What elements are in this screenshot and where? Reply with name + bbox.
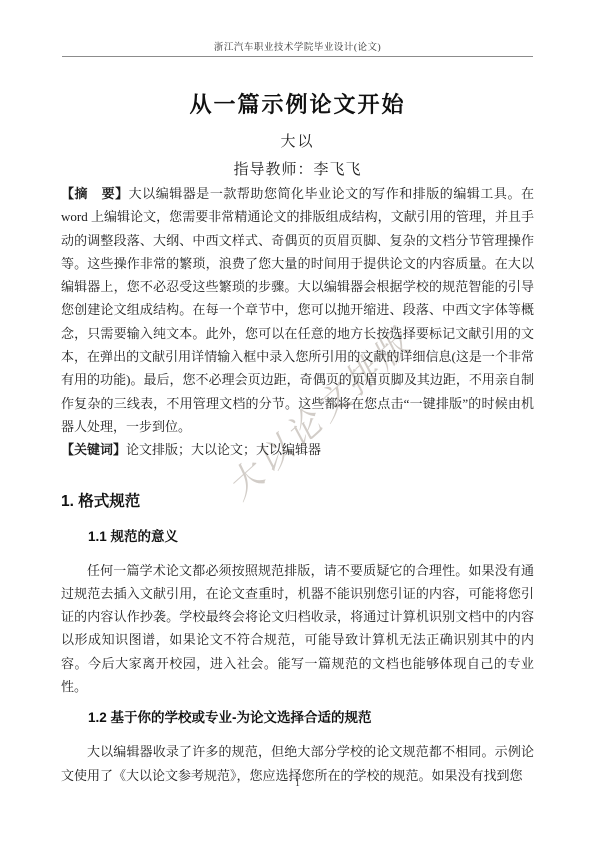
supervisor-line: 指导教师：李飞飞	[61, 159, 534, 181]
document-content: 从一篇示例论文开始 大以 指导教师：李飞飞 【摘 要】大以编辑器是一款帮助您简化…	[61, 0, 534, 787]
chapter-heading-1: 1. 格式规范	[61, 493, 534, 510]
document-page: 浙江汽车职业技术学院毕业设计(论文) 大以论文排版 从一篇示例论文开始 大以 指…	[0, 0, 595, 842]
paragraph-1-1: 任何一篇学术论文都必须按照规范排版，请不要质疑它的合理性。如果没有通过规范去插入…	[61, 559, 534, 699]
document-title: 从一篇示例论文开始	[61, 90, 534, 120]
author-name: 大以	[61, 131, 534, 153]
keywords-label: 【关键词】	[61, 442, 126, 457]
paragraph-1-2: 大以编辑器收录了许多的规范，但绝大部分学校的论文规范都不相同。示例论文使用了《大…	[61, 740, 534, 787]
subsection-heading-1-1: 1.1 规范的意义	[88, 529, 534, 544]
abstract-paragraph: 【摘 要】大以编辑器是一款帮助您简化毕业论文的写作和排版的编辑工具。在 word…	[61, 182, 534, 438]
keywords-line: 【关键词】论文排版；大以论文；大以编辑器	[61, 438, 534, 461]
abstract-label: 【摘 要】	[61, 186, 129, 201]
keywords-text: 论文排版；大以论文；大以编辑器	[126, 442, 321, 457]
abstract-text: 大以编辑器是一款帮助您简化毕业论文的写作和排版的编辑工具。在 word 上编辑论…	[61, 186, 534, 434]
subsection-heading-1-2: 1.2 基于你的学校或专业-为论文选择合适的规范	[88, 710, 534, 725]
